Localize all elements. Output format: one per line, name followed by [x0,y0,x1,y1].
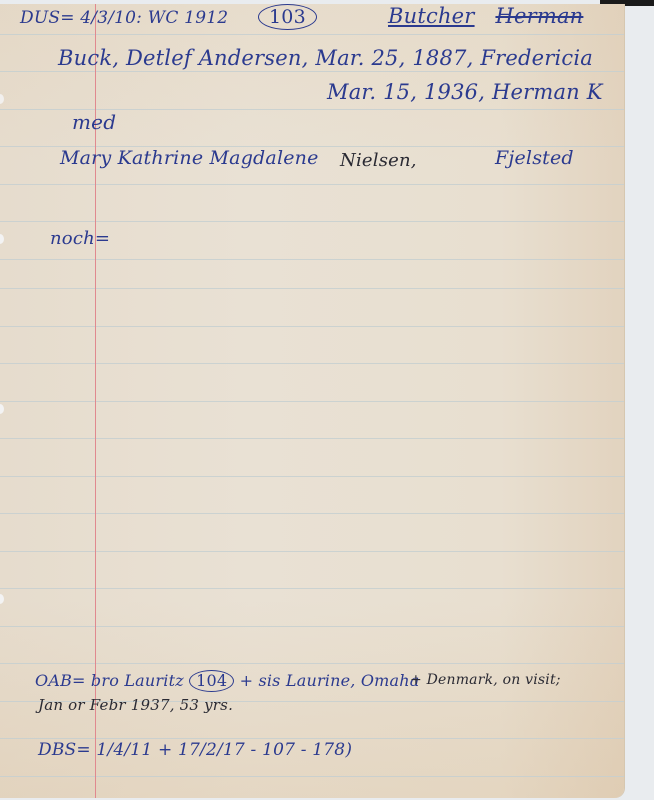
spouse-surname: Nielsen, [340,150,417,171]
note-line-2: Jan or Febr 1937, 53 yrs. [38,696,233,714]
ruled-line [0,776,624,777]
death-line: Mar. 15, 1936, Herman K [327,80,603,104]
ruled-line [0,588,624,589]
paper-edge-notch [0,594,4,604]
ruled-line [0,626,624,627]
ruled-line [0,513,624,514]
paper-edge-notch [0,94,4,104]
occupation-place-struck: Herman [495,4,583,28]
paper-edge-notch [0,404,4,414]
ruled-line [0,259,624,260]
ruled-line [0,71,624,72]
ruled-line [0,184,624,185]
record-number: 103 [258,4,317,30]
note-siblings-prefix: OAB= bro Lauritz [35,671,184,690]
spouse-given-names: Mary Kathrine Magdalene [60,147,319,169]
noch-label: noch= [50,228,110,249]
ruled-line [0,551,624,552]
note-siblings-middle: + sis Laurine, Omaha [240,671,420,690]
occupation-label: Butcher [388,4,475,28]
circled-record-number: 103 [258,4,317,30]
ruled-line [0,663,624,664]
spouse-place: Fjelsted [495,147,574,169]
ruled-line [0,401,624,402]
note-line-1: OAB= bro Lauritz 104 + sis Laurine, Omah… [35,670,420,692]
note-line-1-suffix: + Denmark, on visit; [410,672,561,688]
ruled-line [0,221,624,222]
note-line-3: DBS= 1/4/11 + 17/2/17 - 107 - 178) [38,740,352,760]
occupation: Butcher Herman [388,4,583,28]
name-birth-line: Buck, Detlef Andersen, Mar. 25, 1887, Fr… [58,46,593,70]
ruled-line [0,363,624,364]
immigration-note: DUS= 4/3/10: WC 1912 [20,8,228,28]
ruled-line [0,476,624,477]
ruled-line [0,438,624,439]
ruled-line [0,326,624,327]
ruled-line [0,34,624,35]
ruled-line [0,738,624,739]
paper-edge-notch [0,234,4,244]
ruled-line [0,288,624,289]
circled-cross-reference: 104 [189,670,234,692]
with-word: med [72,110,116,134]
